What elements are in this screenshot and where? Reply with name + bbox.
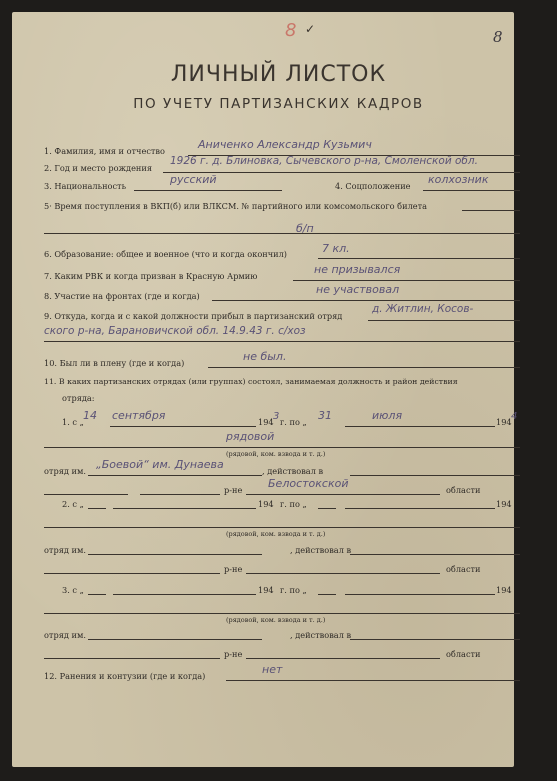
- detachment-1-district-suffix: р-не: [224, 485, 242, 495]
- archive-mark-crossed: 8: [285, 20, 296, 41]
- field-2-value: 1926 г. д. Блиновка, Сычевского р-на, См…: [170, 155, 478, 167]
- detachment-3-from-year: 194: [258, 585, 274, 595]
- detachment-1-prefix: отряд им.: [44, 466, 86, 476]
- detachment-1-to-month: июля: [372, 409, 402, 422]
- detachment-1-from-day: 14: [83, 409, 97, 422]
- field-4-label: 4. Соцположение: [335, 181, 411, 191]
- detachment-3-num: 3. с „: [62, 585, 84, 595]
- field-6-value: 7 кл.: [322, 242, 350, 255]
- detachment-2-position-hint: (рядовой, ком. взвода и т. д.): [226, 530, 325, 538]
- detachment-1-acted-in: , действовал в: [262, 466, 323, 476]
- page-number: 8: [493, 28, 503, 46]
- field-11-label-cont: отряда:: [62, 393, 95, 403]
- detachment-2-to-word: г. по „: [280, 499, 307, 509]
- detachment-1-region: Белостокской: [268, 477, 348, 490]
- detachment-1-from-year-digit: 3: [273, 411, 279, 422]
- detachment-1-position: рядовой: [226, 430, 274, 443]
- field-10-label: 10. Был ли в плену (где и когда): [44, 358, 184, 368]
- field-8-value: не участвовал: [316, 283, 399, 296]
- detachment-3-acted-in: , действовал в: [290, 630, 351, 640]
- detachment-3-prefix: отряд им.: [44, 630, 86, 640]
- field-7-value: не призывался: [314, 263, 400, 276]
- document-subtitle: ПО УЧЕТУ ПАРТИЗАНСКИХ КАДРОВ: [0, 96, 557, 112]
- detachment-3-district-suffix: р-не: [224, 649, 242, 659]
- detachment-2-region-suffix: области: [446, 564, 481, 574]
- detachment-3-to-year: 194: [496, 585, 512, 595]
- field-5-label: 5· Время поступления в ВКП(б) или ВЛКСМ.…: [44, 201, 427, 211]
- detachment-2-prefix: отряд им.: [44, 545, 86, 555]
- field-3-value: русский: [170, 173, 217, 186]
- detachment-3-to-word: г. по „: [280, 585, 307, 595]
- field-10-value: не был.: [243, 350, 286, 363]
- field-7-label: 7. Каким РВК и когда призван в Красную А…: [44, 271, 257, 281]
- document-page: [12, 12, 514, 767]
- detachment-1-position-hint: (рядовой, ком. взвода и т. д.): [226, 450, 325, 458]
- detachment-2-to-year: 194: [496, 499, 512, 509]
- detachment-1-to-year: 194: [496, 417, 512, 427]
- field-2-label: 2. Год и место рождения: [44, 163, 152, 173]
- detachment-1-to-year-digit: 4: [511, 411, 517, 422]
- detachment-3-position-hint: (рядовой, ком. взвода и т. д.): [226, 616, 325, 624]
- field-8-label: 8. Участие на фронтах (где и когда): [44, 291, 200, 301]
- detachment-1-to-day: 31: [318, 409, 332, 422]
- detachment-2-acted-in: , действовал в: [290, 545, 351, 555]
- field-1-value: Аниченко Александр Кузьмич: [198, 138, 372, 151]
- field-12-value: нет: [262, 663, 282, 676]
- detachment-2-from-year: 194: [258, 499, 274, 509]
- detachment-1-name: „Боевой“ им. Дунаева: [96, 458, 224, 471]
- detachment-1-from-month: сентября: [112, 409, 165, 422]
- detachment-2-num: 2. с „: [62, 499, 84, 509]
- field-9-label: 9. Откуда, когда и с какой должности при…: [44, 311, 342, 321]
- field-9-value-line1: д. Житлин, Косов-: [372, 303, 473, 315]
- check-mark-icon: ✓: [305, 22, 315, 36]
- detachment-2-district-suffix: р-не: [224, 564, 242, 574]
- detachment-1-region-suffix: области: [446, 485, 481, 495]
- field-3-label: 3. Национальность: [44, 181, 126, 191]
- field-4-value: колхозник: [428, 173, 488, 186]
- detachment-3-region-suffix: области: [446, 649, 481, 659]
- detachment-1-to-word: г. по „: [280, 417, 307, 427]
- field-1-label: 1. Фамилия, имя и отчество: [44, 146, 165, 156]
- detachment-1-from-year: 194: [258, 417, 274, 427]
- document-title: ЛИЧНЫЙ ЛИСТОК: [0, 62, 557, 87]
- field-11-label: 11. В каких партизанских отрядах (или гр…: [44, 377, 458, 386]
- detachment-1-num: 1. с „: [62, 417, 84, 427]
- field-9-value-line2: ского р-на, Барановичской обл. 14.9.43 г…: [44, 325, 306, 337]
- field-12-label: 12. Ранения и контузии (где и когда): [44, 671, 205, 681]
- field-6-label: 6. Образование: общее и военное (что и к…: [44, 249, 287, 259]
